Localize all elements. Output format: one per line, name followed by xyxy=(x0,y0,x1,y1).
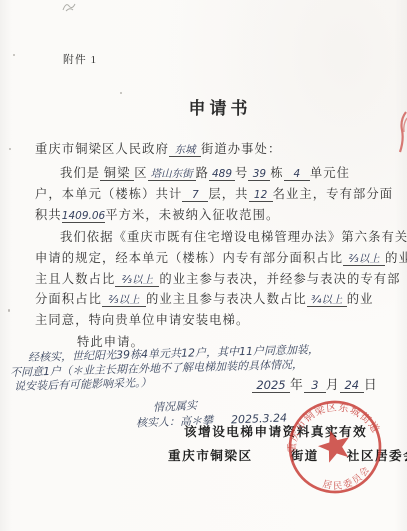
date-year-handwritten: 2025 xyxy=(256,378,285,392)
l2-fill-number-handwritten: 489 xyxy=(212,168,232,180)
l7-pre: 主且人数占比 xyxy=(35,272,115,286)
l2-m1: 区 xyxy=(134,166,147,180)
l2-m2: 路 xyxy=(196,166,209,180)
l2-fill-unit-handwritten: 4 xyxy=(293,168,300,180)
l3-fill-owners-handwritten: 12 xyxy=(254,189,267,201)
l6-fill-ratio-handwritten: ⅔以上 xyxy=(349,253,380,265)
scanned-application-document: 附件 1 申请书 重庆市铜梁区人民政府东城街道办事处： 我们是铜梁区塔山东街路4… xyxy=(0,0,407,531)
salutation-line: 重庆市铜梁区人民政府东城街道办事处： xyxy=(35,139,281,157)
scan-artifact-scribble xyxy=(60,0,80,14)
body-line-2: 我们是铜梁区塔山东街路489号39栋4单元住 xyxy=(60,163,350,181)
l2-m4: 栋 xyxy=(270,166,283,180)
l8-pre: 分面积占比 xyxy=(35,292,102,306)
body-line-3: 户，本单元（楼栋）共计7层，共12名业主，专有部分面 xyxy=(35,184,393,202)
date-month-handwritten: 3 xyxy=(311,378,318,392)
handwritten-note-3: 说安装后有可能影响采光。） xyxy=(14,374,152,394)
edge-stamp-fragment xyxy=(398,110,407,154)
org-prefix: 重庆市铜梁区 xyxy=(168,449,253,463)
l3-fill-floors-handwritten: 7 xyxy=(192,189,199,201)
body-line-9: 主同意，特向贵单位申请安装电梯。 xyxy=(35,310,249,328)
l2-fill-street-handwritten: 塔山东街 xyxy=(151,168,193,180)
l4-post: 平方米，未被纳入征收范围。 xyxy=(105,208,279,222)
date-day-label: 日 xyxy=(364,378,378,392)
l7-post: 的业主参与表决，并经参与表决的专有部 xyxy=(159,272,400,286)
l8-fill-ratio-handwritten: ⅔以上 xyxy=(108,294,139,306)
date-month-label: 月 xyxy=(326,378,340,392)
seal-arc-bottom-text: 居民委员会 xyxy=(317,461,376,498)
l3-post: 名业主，专有部分面 xyxy=(273,187,394,201)
l6-post: 的业 xyxy=(385,251,407,265)
body-line-7: 主且人数占比⅔以上的业主参与表决，并经参与表决的专有部 xyxy=(35,269,401,287)
body-line-6: 申请的规定，经本单元（楼栋）内专有部分面积占比⅔以上的业 xyxy=(35,248,407,266)
salutation-fill-handwritten: 东城 xyxy=(174,144,195,156)
org-suffix: 社区居委会 xyxy=(347,449,407,463)
l3-pre: 户，本单元（楼栋）共计 xyxy=(35,187,182,201)
attachment-label: 附件 1 xyxy=(63,52,97,67)
l8-m1: 的业主且参与表决人数占比 xyxy=(146,292,307,306)
l2-m3: 号 xyxy=(235,166,248,180)
org-street-label: 街道 xyxy=(291,449,319,463)
verifier-label: 核实人： xyxy=(136,415,180,430)
l6-pre: 申请的规定，经本单元（楼栋）内专有部分面积占比 xyxy=(35,251,343,265)
date-day-handwritten: 24 xyxy=(344,378,359,392)
svg-text:居民委员会: 居民委员会 xyxy=(317,461,376,498)
l8-fill-ratio2-handwritten: ¾以上 xyxy=(311,294,342,306)
l8-post: 的业 xyxy=(347,292,374,306)
l2-pre: 我们是 xyxy=(60,166,100,180)
l2-fill-district: 铜梁 xyxy=(104,166,131,180)
body-line-5: 我们依据《重庆市既有住宅增设电梯管理办法》第六条有关 xyxy=(60,227,407,245)
l4-fill-area-handwritten: 1409.06 xyxy=(62,210,105,222)
l2-post: 单元住 xyxy=(310,166,350,180)
l2-fill-building-handwritten: 39 xyxy=(253,168,266,180)
document-title: 申请书 xyxy=(0,94,407,119)
date-line: 2025年3月24日 xyxy=(252,374,378,393)
salutation-suffix: 街道办事处： xyxy=(201,142,281,156)
body-line-8: 分面积占比⅔以上的业主且参与表决人数占比¾以上的业 xyxy=(35,289,374,307)
l4-pre: 积共 xyxy=(35,208,62,222)
l3-m1: 层，共 xyxy=(208,187,248,201)
body-line-4: 积共1409.06平方米，未被纳入征收范围。 xyxy=(35,205,279,223)
validity-statement: 该增设电梯申请资料真实有效 xyxy=(184,421,367,440)
issuing-org-line: 重庆市铜梁区街道社区居委会 xyxy=(168,445,407,464)
l7-fill-ratio-handwritten: ⅔以上 xyxy=(122,274,153,286)
date-year-label: 年 xyxy=(290,378,304,392)
salutation-prefix: 重庆市铜梁区人民政府 xyxy=(35,142,169,156)
